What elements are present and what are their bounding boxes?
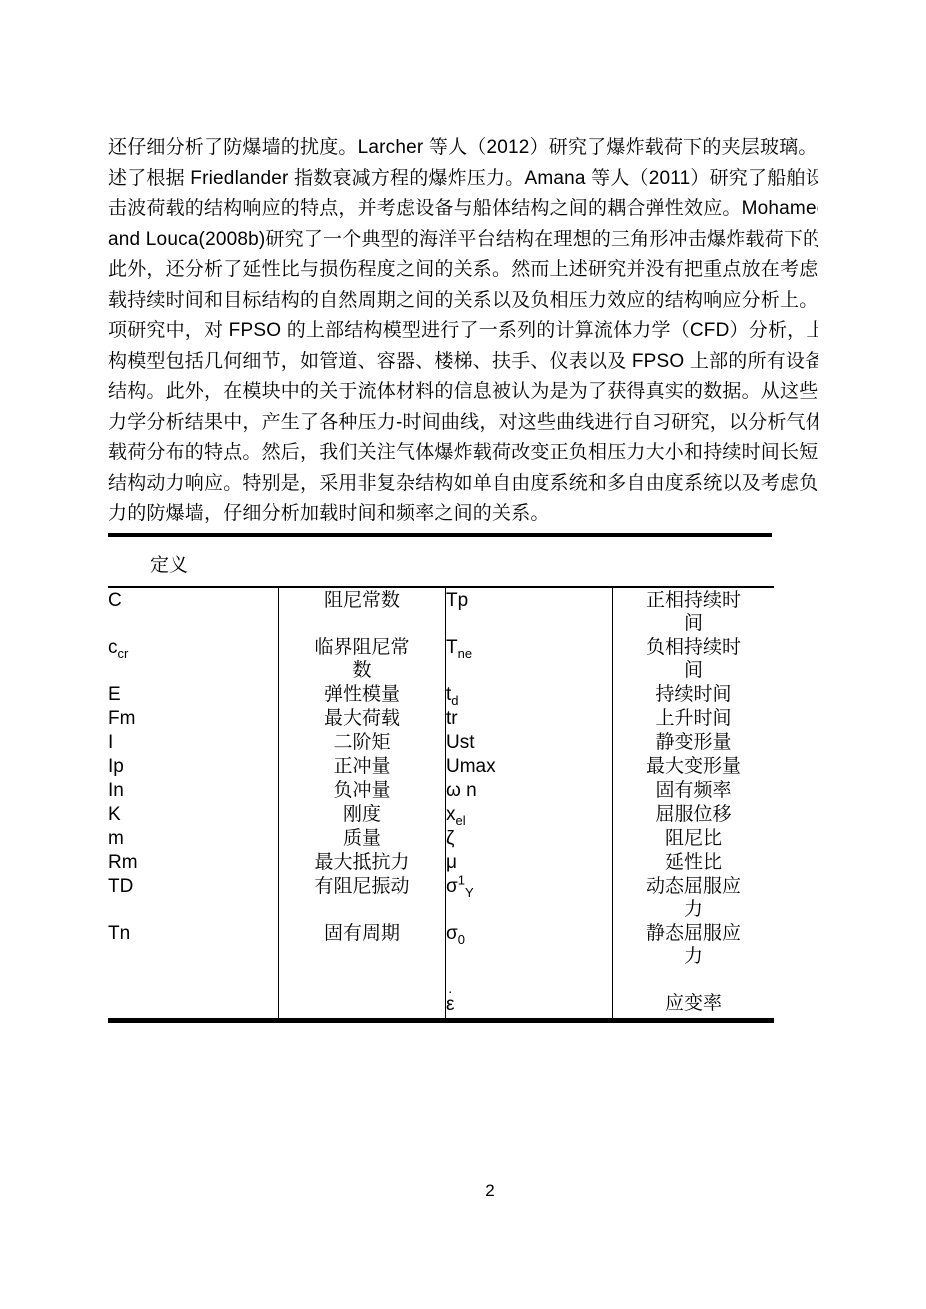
- definitions-row: TD有阻尼振动σ1Y动态屈服应 力: [108, 874, 774, 921]
- symbol-subscript: cr: [118, 646, 129, 661]
- definition-cell: 固有频率: [613, 778, 775, 802]
- symbol-base: E: [108, 684, 121, 705]
- paragraph-line: and Louca(2008b)研究了一个典型的海洋平台结构在理想的三角形冲击爆…: [108, 225, 818, 256]
- definitions-row: Ip正冲量Umax最大变形量: [108, 754, 774, 778]
- symbol-base: I: [108, 732, 113, 753]
- symbol-cell: σ0: [446, 921, 613, 968]
- definitions-row: Fm最大荷载tr上升时间: [108, 706, 774, 730]
- definitions-row: m质量ζ阻尼比: [108, 826, 774, 850]
- paragraph-line: 还仔细分析了防爆墙的扰度。Larcher 等人（2012）研究了爆炸载荷下的夹层…: [108, 133, 818, 164]
- symbol-cell: μ: [446, 850, 613, 874]
- symbol-base: ζ: [446, 828, 454, 849]
- symbol-cell: Fm: [108, 706, 279, 730]
- definition-cell: 临界阻尼常 数: [279, 635, 446, 682]
- symbol-cell: σ1Y: [446, 874, 613, 921]
- paragraph-line: 载持续时间和目标结构的自然周期之间的关系以及负相压力效应的结构响应分析上。在这: [108, 286, 818, 317]
- definition-cell: 最大抵抗力: [279, 850, 446, 874]
- paragraph-line: 结构动力响应。特别是，采用非复杂结构如单自由度系统和多自由度系统以及考虑负相压: [108, 469, 818, 500]
- definitions-row: Rm最大抵抗力μ延性比: [108, 850, 774, 874]
- symbol-cell: C: [108, 587, 279, 635]
- symbol-cell: Tn: [108, 921, 279, 968]
- symbol-base: μ: [446, 852, 457, 873]
- definitions-table-wrap: C阻尼常数Tp正相持续时 间ccr临界阻尼常 数Tne负相持续时 间E弹性模量t…: [108, 586, 772, 1023]
- definition-cell: 固有周期: [279, 921, 446, 968]
- definitions-row: C阻尼常数Tp正相持续时 间: [108, 587, 774, 635]
- definition-cell: 正冲量: [279, 754, 446, 778]
- definitions-row: Tn固有周期σ0静态屈服应 力: [108, 921, 774, 968]
- symbol-base: Ip: [108, 756, 124, 777]
- definitions-table-body: C阻尼常数Tp正相持续时 间ccr临界阻尼常 数Tne负相持续时 间E弹性模量t…: [108, 587, 774, 1021]
- definition-cell: 刚度: [279, 802, 446, 826]
- symbol-cell: ω n: [446, 778, 613, 802]
- symbol-base: σ: [446, 876, 458, 897]
- symbol-base: m: [108, 828, 124, 849]
- definition-cell: 应变率: [613, 968, 775, 1021]
- symbol-subscript: ne: [458, 646, 472, 661]
- definitions-row: K刚度xel屈服位移: [108, 802, 774, 826]
- paragraph-line: 项研究中，对 FPSO 的上部结构模型进行了一系列的计算流体力学（CFD）分析，…: [108, 316, 818, 347]
- symbol-base: TD: [108, 876, 133, 897]
- definitions-row: I二阶矩Ust静变形量: [108, 730, 774, 754]
- definitions-heading: 定义: [150, 550, 188, 577]
- symbol-base: Ust: [446, 732, 475, 753]
- definition-cell: 屈服位移: [613, 802, 775, 826]
- symbol-base: Umax: [446, 756, 496, 777]
- symbol-base: tr: [446, 708, 458, 729]
- symbol-subscript: 0: [458, 932, 465, 947]
- symbol-cell: ccr: [108, 635, 279, 682]
- definition-cell: 阻尼常数: [279, 587, 446, 635]
- definition-cell: 上升时间: [613, 706, 775, 730]
- definition-cell: 动态屈服应 力: [613, 874, 775, 921]
- section-divider-rule: [108, 533, 772, 537]
- definitions-table: C阻尼常数Tp正相持续时 间ccr临界阻尼常 数Tne负相持续时 间E弹性模量t…: [108, 586, 774, 1023]
- definition-cell: 持续时间: [613, 682, 775, 706]
- symbol-subscript: Y: [465, 885, 474, 900]
- symbol-cell: Ip: [108, 754, 279, 778]
- definitions-row: E弹性模量td持续时间: [108, 682, 774, 706]
- definition-cell: 延性比: [613, 850, 775, 874]
- definition-cell: 二阶矩: [279, 730, 446, 754]
- paragraph-line: 述了根据 Friedlander 指数衰减方程的爆炸压力。Amana 等人（20…: [108, 164, 818, 195]
- symbol-base: ε: [446, 995, 454, 1015]
- paragraph-line: 结构。此外，在模块中的关于流体材料的信息被认为是为了获得真实的数据。从这些流体: [108, 377, 818, 408]
- symbol-cell: Umax: [446, 754, 613, 778]
- definition-cell: 最大荷载: [279, 706, 446, 730]
- definition-cell: 正相持续时 间: [613, 587, 775, 635]
- definition-cell: 最大变形量: [613, 754, 775, 778]
- symbol-subscript: d: [451, 693, 458, 708]
- paragraph-line: 击波荷载的结构响应的特点，并考虑设备与船体结构之间的耦合弹性效应。Mohamed…: [108, 194, 818, 225]
- paragraph-line: 力的防爆墙，仔细分析加载时间和频率之间的关系。: [108, 499, 818, 530]
- symbol-base: Fm: [108, 708, 135, 729]
- paragraph-line: 力学分析结果中，产生了各种压力-时间曲线，对这些曲线进行自习研究，以分析气体爆炸: [108, 408, 818, 439]
- paragraph-line: 载荷分布的特点。然后，我们关注气体爆炸载荷改变正负相压力大小和持续时间长短时的: [108, 438, 818, 469]
- symbol-cell: xel: [446, 802, 613, 826]
- symbol-base: ω n: [446, 780, 477, 801]
- symbol-cell: TD: [108, 874, 279, 921]
- definition-cell: [279, 968, 446, 1021]
- symbol-base: σ: [446, 923, 458, 944]
- symbol-base: Rm: [108, 852, 138, 873]
- definition-cell: 负冲量: [279, 778, 446, 802]
- symbol-cell: tr: [446, 706, 613, 730]
- symbol-base: x: [446, 804, 456, 825]
- symbol-cell: ζ: [446, 826, 613, 850]
- symbol-base: c: [108, 637, 118, 658]
- symbol-cell: ·ε: [446, 968, 613, 1021]
- definition-cell: 静变形量: [613, 730, 775, 754]
- definition-cell: 质量: [279, 826, 446, 850]
- symbol-cell: td: [446, 682, 613, 706]
- symbol-cell: Tne: [446, 635, 613, 682]
- definition-cell: 弹性模量: [279, 682, 446, 706]
- symbol-cell: In: [108, 778, 279, 802]
- body-paragraph: 还仔细分析了防爆墙的扰度。Larcher 等人（2012）研究了爆炸载荷下的夹层…: [108, 133, 818, 530]
- symbol-base: K: [108, 804, 121, 825]
- symbol-cell: [108, 968, 279, 1021]
- document-page: 还仔细分析了防爆墙的扰度。Larcher 等人（2012）研究了爆炸载荷下的夹层…: [0, 0, 926, 1309]
- symbol-superscript: 1: [458, 873, 465, 888]
- symbol-base: Tn: [108, 923, 130, 944]
- definition-cell: 负相持续时 间: [613, 635, 775, 682]
- definition-cell: 静态屈服应 力: [613, 921, 775, 968]
- symbol-cell: E: [108, 682, 279, 706]
- definition-cell: 有阻尼振动: [279, 874, 446, 921]
- symbol-cell: Rm: [108, 850, 279, 874]
- symbol-with-overdot: ·ε: [446, 987, 454, 1015]
- symbol-cell: Ust: [446, 730, 613, 754]
- symbol-base: C: [108, 590, 122, 611]
- symbol-base: Tp: [446, 590, 468, 611]
- definitions-row: ccr临界阻尼常 数Tne负相持续时 间: [108, 635, 774, 682]
- paragraph-line: 构模型包括几何细节，如管道、容器、楼梯、扶手、仪表以及 FPSO 上部的所有设备…: [108, 347, 818, 378]
- paragraph-line: 此外，还分析了延性比与损伤程度之间的关系。然而上述研究并没有把重点放在考虑了荷: [108, 255, 818, 286]
- symbol-cell: K: [108, 802, 279, 826]
- definitions-row: In负冲量ω n固有频率: [108, 778, 774, 802]
- symbol-base: T: [446, 637, 458, 658]
- symbol-cell: Tp: [446, 587, 613, 635]
- page-number: 2: [470, 1181, 510, 1201]
- definitions-row: ·ε应变率: [108, 968, 774, 1021]
- definition-cell: 阻尼比: [613, 826, 775, 850]
- symbol-cell: I: [108, 730, 279, 754]
- symbol-base: In: [108, 780, 124, 801]
- symbol-cell: m: [108, 826, 279, 850]
- symbol-subscript: el: [456, 813, 466, 828]
